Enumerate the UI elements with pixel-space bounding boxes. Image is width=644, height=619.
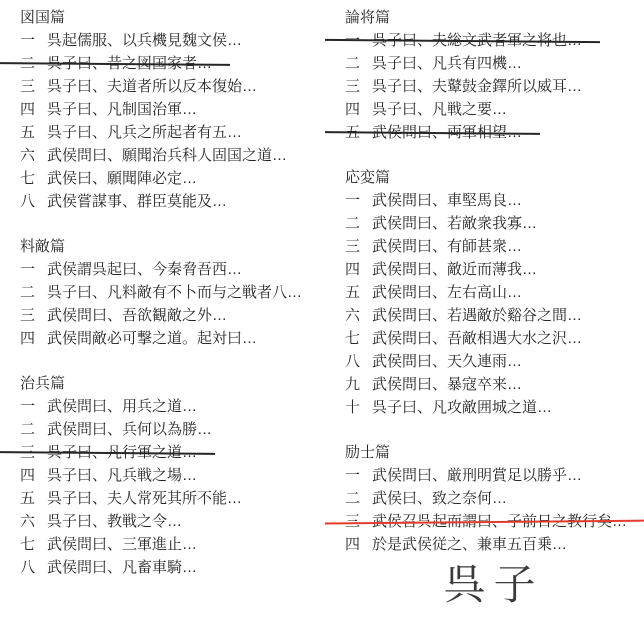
entry-number: 三 [20,441,47,464]
toc-entry: 三武侯召呉起而謂曰、子前日之教行矣… [345,510,642,533]
entry-line: 一武侯謂呉起曰、今秦脅吾西… [20,258,242,281]
entry-line: 七武侯曰、願聞陣必定… [20,167,197,190]
entry-text: 呉子曰、凡制国治軍… [47,101,197,118]
entry-number: 六 [20,144,47,167]
toc-entry: 一呉子曰、夫総文武者軍之将也… [345,29,642,52]
entry-line: 一呉起儒服、以兵機見魏文侯… [20,29,242,52]
entry-text: 武侯問曰、敵近而薄我… [372,261,537,278]
toc-entry: 一武侯問曰、用兵之道… [20,395,322,418]
chapter-section: 応変篇 一武侯問曰、車堅馬良… 二武侯問曰、若敵衆我寡… 三武侯問曰、有師甚衆…… [345,166,642,419]
entry-line: 三武侯問曰、吾欲観敵之外… [20,304,227,327]
entry-number: 六 [20,510,47,533]
entry-number: 三 [345,235,372,258]
entry-number: 九 [345,373,372,396]
chapter-section: 論将篇 一呉子曰、夫総文武者軍之将也… 二呉子曰、凡兵有四機… 三呉子曰、夫鼙鼓… [345,6,642,144]
entry-line: 四呉子曰、凡制国治軍… [20,98,197,121]
toc-entry: 四武侯問敵必可撃之道。起対曰… [20,327,322,350]
toc-entry: 四於是武侯従之、兼車五百乗… [345,533,642,556]
entry-line: 六武侯問曰、願聞治兵科人固国之道… [20,144,287,167]
entry-number: 七 [345,327,372,350]
entry-number: 一 [20,258,47,281]
toc-entry: 五武侯問曰、左右高山… [345,281,642,304]
entry-text: 武侯問曰、暴寇卒来… [372,376,522,393]
entry-text: 武侯謂呉起曰、今秦脅吾西… [47,261,242,278]
toc-entry: 二呉子曰、凡料敵有不卜而与之戦者八… [20,281,322,304]
entry-number: 四 [20,98,47,121]
entry-line: 五武侯問曰、両軍相望… [345,121,522,144]
entry-text: 武侯問曰、三軍進止… [47,536,197,553]
entry-text: 呉子曰、夫道者所以反本復始… [47,78,257,95]
entry-text: 呉子曰、凡兵有四機… [372,55,522,72]
entry-text: 武侯召呉起而謂曰、子前日之教行矣… [372,513,627,530]
entry-number: 二 [345,212,372,235]
chapter-heading: 料敵篇 [20,235,322,258]
entry-line: 二呉子曰、昔之図国家者… [20,52,212,75]
entry-line: 一呉子曰、夫総文武者軍之将也… [345,29,582,52]
entry-text: 呉子曰、夫鼙鼓金鐸所以威耳… [372,78,582,95]
toc-entry: 六呉子曰、教戦之令… [20,510,322,533]
toc-column-right: 論将篇 一呉子曰、夫総文武者軍之将也… 二呉子曰、凡兵有四機… 三呉子曰、夫鼙鼓… [345,6,642,578]
chapter-section: 図国篇 一呉起儒服、以兵機見魏文侯… 二呉子曰、昔之図国家者… 三呉子曰、夫道者… [20,6,322,213]
toc-entry: 四呉子曰、凡制国治軍… [20,98,322,121]
entry-text: 武侯問敵必可撃之道。起対曰… [47,330,257,347]
entry-line: 六武侯問曰、若遇敵於谿谷之間… [345,304,582,327]
entry-text: 武侯問曰、用兵之道… [47,398,197,415]
entry-text: 呉子曰、教戦之令… [47,513,182,530]
entry-number: 一 [20,29,47,52]
entry-text: 武侯問曰、凡畜車騎… [47,559,197,576]
entry-text: 武侯問曰、吾欲観敵之外… [47,307,227,324]
entry-number: 二 [20,52,47,75]
entry-number: 五 [20,487,47,510]
chapter-heading: 論将篇 [345,6,642,29]
entry-line: 二呉子曰、凡兵有四機… [345,52,522,75]
entry-number: 二 [20,281,47,304]
entry-number: 二 [345,487,372,510]
toc-entry: 一呉起儒服、以兵機見魏文侯… [20,29,322,52]
entry-line: 六呉子曰、教戦之令… [20,510,182,533]
toc-entry: 八武侯問曰、天久連雨… [345,350,642,373]
entry-text: 武侯問曰、願聞治兵科人固国之道… [47,147,287,164]
entry-line: 三呉子曰、凡行軍之道… [20,441,197,464]
toc-entry: 四呉子曰、凡兵戦之場… [20,464,322,487]
toc-entry: 二呉子曰、昔之図国家者… [20,52,322,75]
entry-number: 三 [345,510,372,533]
entry-number: 五 [345,121,372,144]
entry-line: 八武侯嘗謀事、群臣莫能及… [20,190,227,213]
document-page: 図国篇 一呉起儒服、以兵機見魏文侯… 二呉子曰、昔之図国家者… 三呉子曰、夫道者… [0,0,644,619]
entry-number: 四 [20,464,47,487]
entry-line: 四武侯問敵必可撃之道。起対曰… [20,327,257,350]
toc-entry: 一武侯謂呉起曰、今秦脅吾西… [20,258,322,281]
toc-entry: 五武侯問曰、両軍相望… [345,121,642,144]
entry-text: 武侯問曰、左右高山… [372,284,522,301]
entry-text: 武侯問曰、天久連雨… [372,353,522,370]
toc-entry: 二武侯問曰、若敵衆我寡… [345,212,642,235]
toc-entry: 七武侯問曰、吾敵相遇大水之沢… [345,327,642,350]
entry-line: 四於是武侯従之、兼車五百乗… [345,533,567,556]
entry-text: 呉子曰、凡行軍之道… [47,444,197,461]
entry-number: 四 [345,258,372,281]
entry-line: 二呉子曰、凡料敵有不卜而与之戦者八… [20,281,302,304]
entry-number: 八 [20,190,47,213]
entry-number: 七 [20,167,47,190]
entry-number: 二 [20,418,47,441]
entry-text: 武侯問曰、両軍相望… [372,124,522,141]
entry-text: 呉起儒服、以兵機見魏文侯… [47,32,242,49]
book-title: 呉子 [345,563,642,609]
entry-text: 呉子曰、夫総文武者軍之将也… [372,32,582,49]
entry-text: 呉子曰、昔之図国家者… [47,55,212,72]
entry-line: 三呉子曰、夫鼙鼓金鐸所以威耳… [345,75,582,98]
entry-number: 六 [345,304,372,327]
entry-text: 武侯問曰、吾敵相遇大水之沢… [372,330,582,347]
toc-entry: 四武侯問曰、敵近而薄我… [345,258,642,281]
toc-entry: 三武侯問曰、有師甚衆… [345,235,642,258]
entry-text: 呉子曰、凡料敵有不卜而与之戦者八… [47,284,302,301]
chapter-section: 治兵篇 一武侯問曰、用兵之道… 二武侯問曰、兵何以為勝… 三呉子曰、凡行軍之道…… [20,372,322,579]
chapter-heading: 治兵篇 [20,372,322,395]
chapter-heading: 励士篇 [345,441,642,464]
entry-number: 七 [20,533,47,556]
entry-line: 二武侯曰、致之奈何… [345,487,507,510]
entry-line: 五呉子曰、夫人常死其所不能… [20,487,242,510]
chapter-section: 励士篇 一武侯問曰、厳刑明賞足以勝乎… 二武侯曰、致之奈何… 三武侯召呉起而謂曰… [345,441,642,556]
entry-text: 武侯問曰、車堅馬良… [372,192,522,209]
entry-number: 八 [20,556,47,579]
entry-line: 三呉子曰、夫道者所以反本復始… [20,75,257,98]
entry-line: 一武侯問曰、車堅馬良… [345,189,522,212]
entry-number: 五 [345,281,372,304]
toc-entry: 四呉子曰、凡戦之要… [345,98,642,121]
entry-line: 一武侯問曰、厳刑明賞足以勝乎… [345,464,582,487]
entry-text: 武侯問曰、若敵衆我寡… [372,215,537,232]
entry-line: 九武侯問曰、暴寇卒来… [345,373,522,396]
entry-line: 四呉子曰、凡兵戦之場… [20,464,197,487]
entry-text: 呉子曰、凡攻敵囲城之道… [372,399,552,416]
entry-line: 二武侯問曰、兵何以為勝… [20,418,212,441]
toc-entry: 二呉子曰、凡兵有四機… [345,52,642,75]
entry-text: 於是武侯従之、兼車五百乗… [372,536,567,553]
entry-line: 三武侯召呉起而謂曰、子前日之教行矣… [345,510,627,533]
entry-line: 四武侯問曰、敵近而薄我… [345,258,537,281]
entry-number: 二 [345,52,372,75]
entry-number: 三 [20,304,47,327]
toc-entry: 八武侯嘗謀事、群臣莫能及… [20,190,322,213]
toc-entry: 二武侯問曰、兵何以為勝… [20,418,322,441]
entry-number: 三 [345,75,372,98]
entry-number: 四 [20,327,47,350]
toc-entry: 七武侯曰、願聞陣必定… [20,167,322,190]
entry-line: 一武侯問曰、用兵之道… [20,395,197,418]
entry-number: 一 [345,464,372,487]
entry-line: 十呉子曰、凡攻敵囲城之道… [345,396,552,419]
entry-number: 一 [20,395,47,418]
entry-number: 三 [20,75,47,98]
toc-entry: 三呉子曰、夫道者所以反本復始… [20,75,322,98]
entry-text: 呉子曰、凡兵之所起者有五… [47,124,242,141]
entry-text: 武侯問曰、厳刑明賞足以勝乎… [372,467,582,484]
toc-entry: 九武侯問曰、暴寇卒来… [345,373,642,396]
entry-number: 四 [345,98,372,121]
entry-line: 二武侯問曰、若敵衆我寡… [345,212,537,235]
entry-line: 四呉子曰、凡戦之要… [345,98,507,121]
toc-entry: 三呉子曰、夫鼙鼓金鐸所以威耳… [345,75,642,98]
toc-entry: 五呉子曰、凡兵之所起者有五… [20,121,322,144]
entry-number: 八 [345,350,372,373]
entry-line: 七武侯問曰、三軍進止… [20,533,197,556]
entry-text: 武侯問曰、兵何以為勝… [47,421,212,438]
entry-text: 武侯曰、致之奈何… [372,490,507,507]
entry-text: 呉子曰、夫人常死其所不能… [47,490,242,507]
toc-entry: 六武侯問曰、若遇敵於谿谷之間… [345,304,642,327]
entry-number: 五 [20,121,47,144]
toc-column-left: 図国篇 一呉起儒服、以兵機見魏文侯… 二呉子曰、昔之図国家者… 三呉子曰、夫道者… [20,6,322,601]
toc-entry: 七武侯問曰、三軍進止… [20,533,322,556]
entry-text: 武侯問曰、有師甚衆… [372,238,522,255]
entry-line: 五呉子曰、凡兵之所起者有五… [20,121,242,144]
entry-number: 一 [345,29,372,52]
entry-line: 八武侯問曰、天久連雨… [345,350,522,373]
entry-number: 四 [345,533,372,556]
toc-entry: 二武侯曰、致之奈何… [345,487,642,510]
chapter-heading: 応変篇 [345,166,642,189]
toc-entry: 十呉子曰、凡攻敵囲城之道… [345,396,642,419]
entry-number: 一 [345,189,372,212]
toc-entry: 六武侯問曰、願聞治兵科人固国之道… [20,144,322,167]
toc-entry: 三武侯問曰、吾欲観敵之外… [20,304,322,327]
toc-entry: 五呉子曰、夫人常死其所不能… [20,487,322,510]
entry-line: 五武侯問曰、左右高山… [345,281,522,304]
toc-entry: 一武侯問曰、車堅馬良… [345,189,642,212]
toc-entry: 三呉子曰、凡行軍之道… [20,441,322,464]
entry-text: 武侯嘗謀事、群臣莫能及… [47,193,227,210]
chapter-heading: 図国篇 [20,6,322,29]
entry-line: 七武侯問曰、吾敵相遇大水之沢… [345,327,582,350]
chapter-section: 料敵篇 一武侯謂呉起曰、今秦脅吾西… 二呉子曰、凡料敵有不卜而与之戦者八… 三武… [20,235,322,350]
entry-number: 十 [345,396,372,419]
toc-entry: 八武侯問曰、凡畜車騎… [20,556,322,579]
entry-text: 武侯問曰、若遇敵於谿谷之間… [372,307,582,324]
entry-line: 八武侯問曰、凡畜車騎… [20,556,197,579]
entry-line: 三武侯問曰、有師甚衆… [345,235,522,258]
entry-text: 呉子曰、凡戦之要… [372,101,507,118]
entry-text: 武侯曰、願聞陣必定… [47,170,197,187]
toc-entry: 一武侯問曰、厳刑明賞足以勝乎… [345,464,642,487]
entry-text: 呉子曰、凡兵戦之場… [47,467,197,484]
